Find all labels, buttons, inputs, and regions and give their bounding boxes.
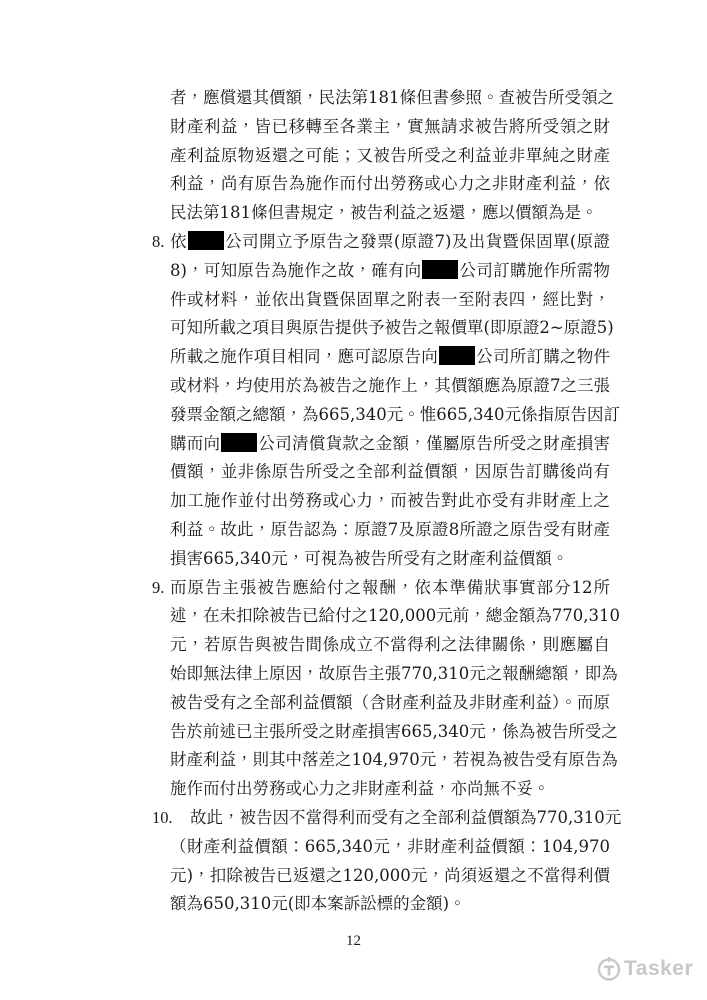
list-item-marker: 8. (152, 228, 164, 257)
redaction-box (422, 260, 458, 279)
redaction-box (188, 231, 224, 250)
text-line: 8)，可知原告為施作之故，確有向公司訂購施作所需物 (152, 257, 610, 286)
text-line: 8.依公司開立予原告之發票(原證7)及出貨暨保固單(原證 (152, 228, 610, 257)
page-number: 12 (0, 933, 707, 950)
tasker-logo-icon (596, 956, 622, 982)
text-line: 被告受有之全部利益價額（含財產利益及非財產利益）。而原 (152, 689, 610, 718)
text-line: 所載之施作項目相同，應可認原告向公司所訂購之物件 (152, 343, 610, 372)
text-line: （財產利益價額：665,340元，非財產利益價額：104,970 (152, 833, 610, 862)
watermark: Tasker (596, 956, 693, 982)
document-page: 者，應償還其價額，民法第181條但書參照。查被告所受領之財產利益，皆已移轉至各業… (0, 0, 707, 1000)
document-body: 者，應償還其價額，民法第181條但書參照。查被告所受領之財產利益，皆已移轉至各業… (152, 84, 610, 919)
text-line: 購而向公司清償貨款之金額，僅屬原告所受之財產損害 (152, 430, 610, 459)
paragraph-9: 9.而原告主張被告應給付之報酬，依本準備狀事實部分12所述，在未扣除被告已給付之… (152, 574, 610, 804)
text-line: 財產利益，則其中落差之104,970元，若視為被告受有原告為 (152, 746, 610, 775)
text-line: 或材料，均使用於為被告之施作上，其價額應為原證7之三張 (152, 372, 610, 401)
text-line: 產利益原物返還之可能；又被告所受之利益並非單純之財產 (152, 142, 610, 171)
text-line: 民法第181條但書規定，被告利益之返還，應以價額為是。 (152, 199, 610, 228)
text-line: 利益，尚有原告為施作而付出勞務或心力之非財產利益，依 (152, 170, 610, 199)
text-line: 者，應償還其價額，民法第181條但書參照。查被告所受領之 (152, 84, 610, 113)
redaction-box (221, 433, 257, 452)
text-line: 利益。故此，原告認為：原證7及原證8所證之原告受有財產 (152, 516, 610, 545)
text-line: 價額，並非係原告所受之全部利益價額，因原告訂購後尚有 (152, 458, 610, 487)
paragraph-8: 8.依公司開立予原告之發票(原證7)及出貨暨保固單(原證8)，可知原告為施作之故… (152, 228, 610, 574)
paragraph-continuation: 者，應償還其價額，民法第181條但書參照。查被告所受領之財產利益，皆已移轉至各業… (152, 84, 610, 228)
text-line: 元，若原告與被告間係成立不當得利之法律關係，則應屬自 (152, 631, 610, 660)
text-line: 9.而原告主張被告應給付之報酬，依本準備狀事實部分12所 (152, 574, 610, 603)
text-line: 元)，扣除被告已返還之120,000元，尚須返還之不當得利價 (152, 862, 610, 891)
text-line: 施作而付出勞務或心力之非財產利益，亦尚無不妥。 (152, 775, 610, 804)
text-line: 件或材料，並依出貨暨保固單之附表一至附表四，經比對， (152, 286, 610, 315)
text-line: 可知所載之項目與原告提供予被告之報價單(即原證2~原證5) (152, 314, 610, 343)
redaction-box (439, 346, 475, 365)
paragraph-10: 10.故此，被告因不當得利而受有之全部利益價額為770,310元（財產利益價額：… (152, 804, 610, 919)
text-line: 發票金額之總額，為665,340元。惟665,340元係指原告因訂 (152, 401, 610, 430)
text-line: 財產利益，皆已移轉至各業主，實無請求被告將所受領之財 (152, 113, 610, 142)
watermark-brand-text: Tasker (624, 957, 693, 981)
text-line: 告於前述已主張所受之財產損害665,340元，係為被告所受之 (152, 718, 610, 747)
list-item-marker: 9. (152, 574, 164, 603)
text-line: 額為650,310元(即本案訴訟標的金額)。 (152, 890, 610, 919)
list-item-marker: 10. (152, 804, 173, 833)
text-line: 述，在未扣除被告已給付之120,000元前，總金額為770,310 (152, 602, 610, 631)
text-line: 始即無法律上原因，故原告主張770,310元之報酬總額，即為 (152, 660, 610, 689)
text-line: 損害665,340元，可視為被告所受有之財產利益價額。 (152, 545, 610, 574)
text-line: 10.故此，被告因不當得利而受有之全部利益價額為770,310元 (152, 804, 610, 833)
text-line: 加工施作並付出勞務或心力，而被告對此亦受有非財產上之 (152, 487, 610, 516)
